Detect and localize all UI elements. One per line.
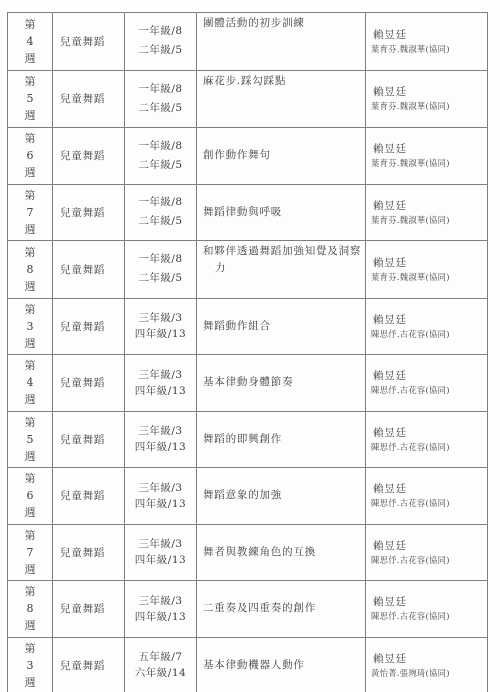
teacher-cell: 賴昱廷陳思伃.古花容(協同)	[366, 355, 488, 412]
content-cell: 和夥伴透過舞蹈加強知覺及洞察力	[197, 241, 366, 299]
teacher-cell: 賴昱廷葉育芬.魏淑華(協同)	[366, 241, 488, 299]
content-cell: 舞蹈動作組合	[197, 298, 366, 355]
lead-teacher: 賴昱廷	[371, 426, 487, 441]
week-cell: 第8週	[8, 241, 53, 299]
teacher-cell: 賴昱廷陳思伃.古花容(協同)	[366, 468, 488, 525]
course-cell: 兒童舞蹈	[53, 70, 125, 128]
lead-teacher: 賴昱廷	[371, 28, 487, 43]
course-cell: 兒童舞蹈	[53, 298, 125, 355]
teacher-cell: 賴昱廷陳思伃.古花容(協同)	[366, 411, 488, 468]
table-row: 第5週 兒童舞蹈 三年級/3四年級/13 舞蹈的即興創作 賴昱廷陳思伃.古花容(…	[8, 411, 488, 468]
grade-cell: 三年級/3四年級/13	[125, 468, 197, 525]
week-cell: 第7週	[8, 524, 53, 581]
content-cell: 二重奏及四重奏的創作	[197, 581, 366, 638]
table-row: 第6週 兒童舞蹈 三年級/3四年級/13 舞蹈意象的加強 賴昱廷陳思伃.古花容(…	[8, 468, 488, 525]
grade-cell: 一年級/8二年級/5	[125, 13, 197, 71]
week-cell: 第5週	[8, 70, 53, 128]
course-cell: 兒童舞蹈	[53, 184, 125, 241]
lead-teacher: 賴昱廷	[371, 595, 487, 610]
assistant-teachers: 陳思伃.古花容(協同)	[371, 497, 487, 510]
content-cell: 團體活動的初步訓練	[197, 13, 366, 71]
course-cell: 兒童舞蹈	[53, 468, 125, 525]
grade-cell: 三年級/3四年級/13	[125, 524, 197, 581]
course-cell: 兒童舞蹈	[53, 581, 125, 638]
lead-teacher: 賴昱廷	[371, 199, 487, 214]
table-row: 第8週 兒童舞蹈 一年級/8二年級/5 和夥伴透過舞蹈加強知覺及洞察力 賴昱廷葉…	[8, 241, 488, 299]
assistant-teachers: 葉育芬.魏淑華(協同)	[371, 214, 487, 227]
content-cell: 創作動作舞句	[197, 128, 366, 185]
table-row: 第8週 兒童舞蹈 三年級/3四年級/13 二重奏及四重奏的創作 賴昱廷陳思伃.古…	[8, 581, 488, 638]
dance-course-schedule-table: 第4週 兒童舞蹈 一年級/8二年級/5 團體活動的初步訓練 賴昱廷葉育芬.魏淑華…	[7, 12, 488, 692]
course-cell: 兒童舞蹈	[53, 411, 125, 468]
lead-teacher: 賴昱廷	[371, 256, 487, 271]
teacher-cell: 賴昱廷黃怡菁.張琬琦(協同)	[366, 637, 488, 692]
week-cell: 第3週	[8, 637, 53, 692]
lead-teacher: 賴昱廷	[371, 539, 487, 554]
grade-cell: 一年級/8二年級/5	[125, 241, 197, 299]
assistant-teachers: 葉育芬.魏淑華(協同)	[371, 271, 487, 284]
grade-cell: 三年級/3四年級/13	[125, 411, 197, 468]
course-cell: 兒童舞蹈	[53, 128, 125, 185]
assistant-teachers: 葉育芬.魏淑華(協同)	[371, 43, 487, 56]
assistant-teachers: 陳思伃.古花容(協同)	[371, 441, 487, 454]
table-row: 第7週 兒童舞蹈 一年級/8二年級/5 舞蹈律動與呼吸 賴昱廷葉育芬.魏淑華(協…	[8, 184, 488, 241]
assistant-teachers: 陳思伃.古花容(協同)	[371, 384, 487, 397]
lead-teacher: 賴昱廷	[371, 369, 487, 384]
content-cell: 基本律動機器人動作	[197, 637, 366, 692]
week-cell: 第4週	[8, 13, 53, 71]
content-cell: 舞蹈意象的加強	[197, 468, 366, 525]
grade-cell: 五年級/7六年級/14	[125, 637, 197, 692]
table-row: 第4週 兒童舞蹈 三年級/3四年級/13 基本律動身體節奏 賴昱廷陳思伃.古花容…	[8, 355, 488, 412]
table-row: 第5週 兒童舞蹈 一年級/8二年級/5 麻花步.踩勾踩點 賴昱廷葉育芬.魏淑華(…	[8, 70, 488, 128]
assistant-teachers: 陳思伃.古花容(協同)	[371, 328, 487, 341]
assistant-teachers: 陳思伃.古花容(協同)	[371, 554, 487, 567]
grade-cell: 一年級/8二年級/5	[125, 128, 197, 185]
teacher-cell: 賴昱廷陳思伃.古花容(協同)	[366, 524, 488, 581]
grade-cell: 一年級/8二年級/5	[125, 70, 197, 128]
table-row: 第3週 兒童舞蹈 三年級/3四年級/13 舞蹈動作組合 賴昱廷陳思伃.古花容(協…	[8, 298, 488, 355]
teacher-cell: 賴昱廷陳思伃.古花容(協同)	[366, 298, 488, 355]
assistant-teachers: 葉育芬.魏淑華(協同)	[371, 157, 487, 170]
table-row: 第3週 兒童舞蹈 五年級/7六年級/14 基本律動機器人動作 賴昱廷黃怡菁.張琬…	[8, 637, 488, 692]
table-row: 第6週 兒童舞蹈 一年級/8二年級/5 創作動作舞句 賴昱廷葉育芬.魏淑華(協同…	[8, 128, 488, 185]
lead-teacher: 賴昱廷	[371, 142, 487, 157]
week-cell: 第7週	[8, 184, 53, 241]
grade-cell: 一年級/8二年級/5	[125, 184, 197, 241]
table-row: 第4週 兒童舞蹈 一年級/8二年級/5 團體活動的初步訓練 賴昱廷葉育芬.魏淑華…	[8, 13, 488, 71]
course-cell: 兒童舞蹈	[53, 637, 125, 692]
grade-cell: 三年級/3四年級/13	[125, 355, 197, 412]
week-cell: 第5週	[8, 411, 53, 468]
assistant-teachers: 陳思伃.古花容(協同)	[371, 610, 487, 623]
course-cell: 兒童舞蹈	[53, 524, 125, 581]
table-row: 第7週 兒童舞蹈 三年級/3四年級/13 舞者與教練角色的互換 賴昱廷陳思伃.古…	[8, 524, 488, 581]
teacher-cell: 賴昱廷葉育芬.魏淑華(協同)	[366, 13, 488, 71]
assistant-teachers: 葉育芬.魏淑華(協同)	[371, 100, 487, 113]
content-cell: 舞者與教練角色的互換	[197, 524, 366, 581]
teacher-cell: 賴昱廷陳思伃.古花容(協同)	[366, 581, 488, 638]
assistant-teachers: 黃怡菁.張琬琦(協同)	[371, 667, 487, 680]
lead-teacher: 賴昱廷	[371, 313, 487, 328]
content-cell: 基本律動身體節奏	[197, 355, 366, 412]
week-cell: 第6週	[8, 468, 53, 525]
content-cell: 舞蹈的即興創作	[197, 411, 366, 468]
week-cell: 第3週	[8, 298, 53, 355]
week-cell: 第8週	[8, 581, 53, 638]
lead-teacher: 賴昱廷	[371, 482, 487, 497]
week-cell: 第6週	[8, 128, 53, 185]
grade-cell: 三年級/3四年級/13	[125, 298, 197, 355]
lead-teacher: 賴昱廷	[371, 652, 487, 667]
content-cell: 舞蹈律動與呼吸	[197, 184, 366, 241]
teacher-cell: 賴昱廷葉育芬.魏淑華(協同)	[366, 128, 488, 185]
lead-teacher: 賴昱廷	[371, 85, 487, 100]
course-cell: 兒童舞蹈	[53, 355, 125, 412]
grade-cell: 三年級/3四年級/13	[125, 581, 197, 638]
teacher-cell: 賴昱廷葉育芬.魏淑華(協同)	[366, 70, 488, 128]
course-cell: 兒童舞蹈	[53, 13, 125, 71]
content-cell: 麻花步.踩勾踩點	[197, 70, 366, 128]
course-cell: 兒童舞蹈	[53, 241, 125, 299]
week-cell: 第4週	[8, 355, 53, 412]
teacher-cell: 賴昱廷葉育芬.魏淑華(協同)	[366, 184, 488, 241]
